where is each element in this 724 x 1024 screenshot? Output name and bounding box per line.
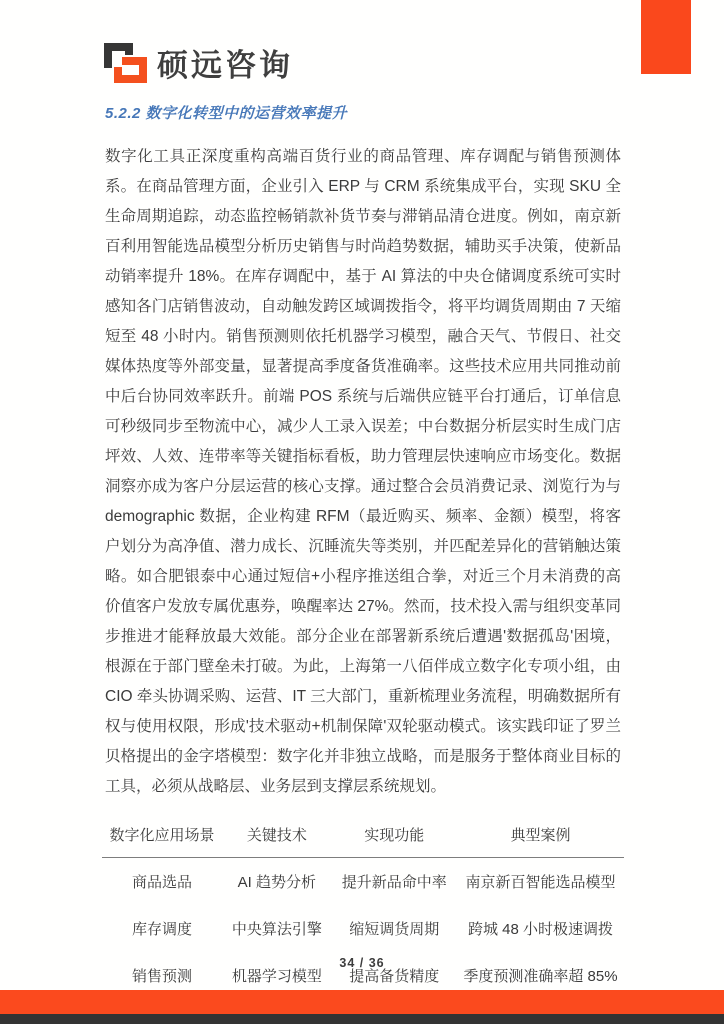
cell-scene: 库存调度 bbox=[102, 905, 222, 952]
cell-tech: AI 趋势分析 bbox=[222, 858, 332, 906]
cell-case: 南京新百智能选品模型 bbox=[457, 858, 624, 906]
logo-orange-left-stub bbox=[114, 67, 122, 83]
brand-logo: 硕远咨询 bbox=[104, 38, 724, 86]
page-number: 34 / 36 bbox=[0, 956, 724, 970]
footer-accent-bar bbox=[0, 990, 724, 1014]
column-header-case: 典型案例 bbox=[457, 818, 624, 858]
footer-dark-bar bbox=[0, 1014, 724, 1024]
corner-accent-block bbox=[641, 0, 691, 74]
table-header-row: 数字化应用场景 关键技术 实现功能 典型案例 bbox=[102, 818, 624, 858]
table-header: 数字化应用场景 关键技术 实现功能 典型案例 bbox=[102, 818, 624, 858]
column-header-tech: 关键技术 bbox=[222, 818, 332, 858]
cell-func: 缩短调货周期 bbox=[332, 905, 457, 952]
page-header: 硕远咨询 bbox=[0, 0, 724, 86]
column-header-func: 实现功能 bbox=[332, 818, 457, 858]
report-page: 硕远咨询 5.2.2 数字化转型中的运营效率提升 数字化工具正深度重构高端百货行… bbox=[0, 0, 724, 1024]
cell-tech: 中央算法引擎 bbox=[222, 905, 332, 952]
logo-dark-left-bar bbox=[104, 43, 112, 68]
table-body: 商品选品 AI 趋势分析 提升新品命中率 南京新百智能选品模型 库存调度 中央算… bbox=[102, 858, 624, 1000]
digital-application-table: 数字化应用场景 关键技术 实现功能 典型案例 商品选品 AI 趋势分析 提升新品… bbox=[102, 818, 624, 999]
brand-name: 硕远咨询 bbox=[157, 40, 293, 85]
table-row: 库存调度 中央算法引擎 缩短调货周期 跨城 48 小时极速调拨 bbox=[102, 905, 624, 952]
logo-dark-right-stub bbox=[125, 43, 133, 55]
column-header-scene: 数字化应用场景 bbox=[102, 818, 222, 858]
brand-logo-icon bbox=[104, 40, 147, 85]
table-row: 商品选品 AI 趋势分析 提升新品命中率 南京新百智能选品模型 bbox=[102, 858, 624, 906]
cell-func: 提升新品命中率 bbox=[332, 858, 457, 906]
cell-case: 跨城 48 小时极速调拨 bbox=[457, 905, 624, 952]
cell-scene: 商品选品 bbox=[102, 858, 222, 906]
body-paragraph: 数字化工具正深度重构高端百货行业的商品管理、库存调配与销售预测体系。在商品管理方… bbox=[105, 142, 621, 802]
section-heading: 5.2.2 数字化转型中的运营效率提升 bbox=[105, 102, 620, 123]
